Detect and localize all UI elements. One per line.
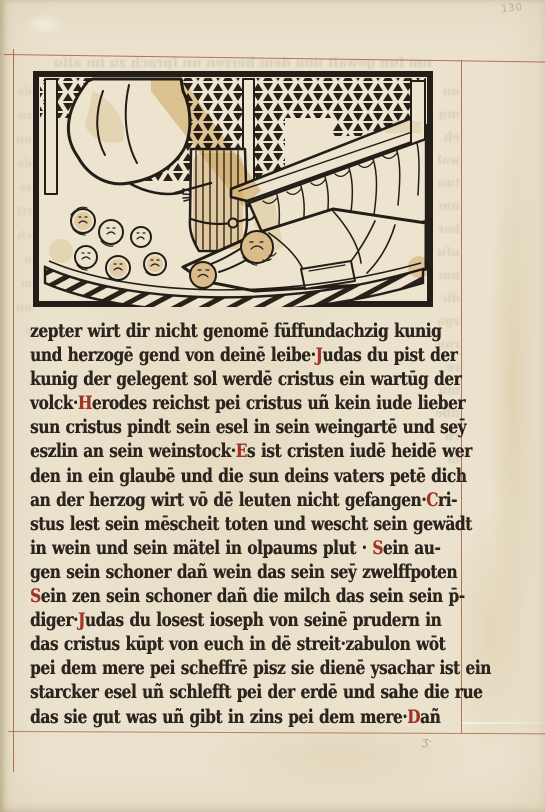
rubricated-initial: S — [30, 585, 41, 607]
text-segment: pei dem mere pei scheffrē pisz sie dienē… — [30, 657, 491, 679]
rubricated-initial: D — [407, 706, 420, 728]
ruling-line-top — [4, 54, 545, 63]
text-line: diger·Judas du losest ioseph von seinē p… — [30, 608, 433, 632]
text-line: pei dem mere pei scheffrē pisz sie dienē… — [30, 656, 433, 680]
text-line: Sein zen sein schoner dañ die milch das … — [30, 584, 433, 608]
manuscript-page: 130 nm ſun gewalt uon dem herren un ſpra… — [0, 0, 545, 812]
text-line: eszlin an sein weinstock·Es ist cristen … — [30, 439, 433, 463]
folio-number: 130 — [500, 2, 523, 15]
rubricated-initial: H — [78, 392, 92, 414]
text-line: das cristus kūpt von euch in dē streit·z… — [30, 632, 433, 656]
text-segment: kunig der gelegent sol werdē cristus ein… — [30, 368, 461, 390]
rubricated-initial: E — [236, 440, 247, 462]
text-line: gen sein schoner dañ wein das sein seȳ z… — [30, 560, 433, 584]
woodcut-illustration — [33, 71, 433, 307]
text-segment: udas du losest ioseph von seinē prudern … — [85, 609, 441, 631]
text-segment: udas du pist der — [322, 344, 457, 366]
text-line: sun cristus pindt sein esel in sein wein… — [30, 415, 433, 439]
text-segment: starcker esel uñ schlefft pei der erdē u… — [30, 681, 482, 703]
text-line: volck·Herodes reichst pei cristus uñ kei… — [30, 391, 433, 415]
text-segment: stus lest sein mēscheit toten und wescht… — [30, 513, 472, 535]
text-segment: sun cristus pindt sein esel in sein wein… — [30, 416, 466, 438]
text-line: das sie gut was uñ gibt in zins pei dem … — [30, 705, 433, 729]
text-segment: gen sein schoner dañ wein das sein seȳ z… — [30, 561, 457, 583]
text-segment: in wein und sein mätel in olpaums plut · — [30, 537, 372, 559]
rubricated-initial: J — [78, 609, 85, 631]
text-segment: das sie gut was uñ gibt in zins pei dem … — [30, 706, 407, 728]
signature-mark: ʒ· — [422, 735, 432, 748]
text-segment: diger· — [30, 609, 78, 631]
text-line: kunig der gelegent sol werdē cristus ein… — [30, 367, 433, 391]
rubricated-initial: S — [372, 537, 383, 559]
text-line: den in ein glaubē und die sun deins vate… — [30, 464, 433, 488]
text-segment: eszlin an sein weinstock· — [30, 440, 236, 462]
ruling-line-left — [13, 49, 14, 772]
text-line: zepter wirt dir nicht genomē fūffundachz… — [30, 319, 433, 343]
text-segment: und herzogē gend von deinē leibe· — [30, 344, 316, 366]
ruling-line-bottom — [8, 731, 545, 735]
text-line: an der herzog wirt vō dē leuten nicht ge… — [30, 488, 433, 512]
text-line: stus lest sein mēscheit toten und wescht… — [30, 512, 433, 536]
text-line: und herzogē gend von deinē leibe·Judas d… — [30, 343, 433, 367]
text-line: starcker esel uñ schlefft pei der erdē u… — [30, 680, 433, 704]
text-segment: den in ein glaubē und die sun deins vate… — [30, 465, 466, 487]
paper-crease — [462, 722, 545, 724]
rubricated-initial: J — [316, 344, 323, 366]
text-segment: volck· — [30, 392, 78, 414]
rubricated-initial: C — [426, 489, 438, 511]
text-segment: s ist cristen iudē heidē wer — [247, 440, 472, 462]
text-segment: zepter wirt dir nicht genomē fūffundachz… — [30, 320, 441, 342]
text-block: zepter wirt dir nicht genomē fūffundachz… — [30, 319, 433, 729]
text-segment: ein au- — [383, 537, 440, 559]
text-segment: an der herzog wirt vō dē leuten nicht ge… — [30, 489, 426, 511]
text-line: in wein und sein mätel in olpaums plut ·… — [30, 536, 433, 560]
text-segment: ri- — [438, 489, 457, 511]
text-segment: ein zen sein schoner dañ die milch das s… — [41, 585, 465, 607]
text-segment: añ — [420, 706, 440, 728]
text-segment: das cristus kūpt von euch in dē streit·z… — [30, 633, 445, 655]
text-segment: erodes reichst pei cristus uñ kein iude … — [92, 392, 465, 414]
